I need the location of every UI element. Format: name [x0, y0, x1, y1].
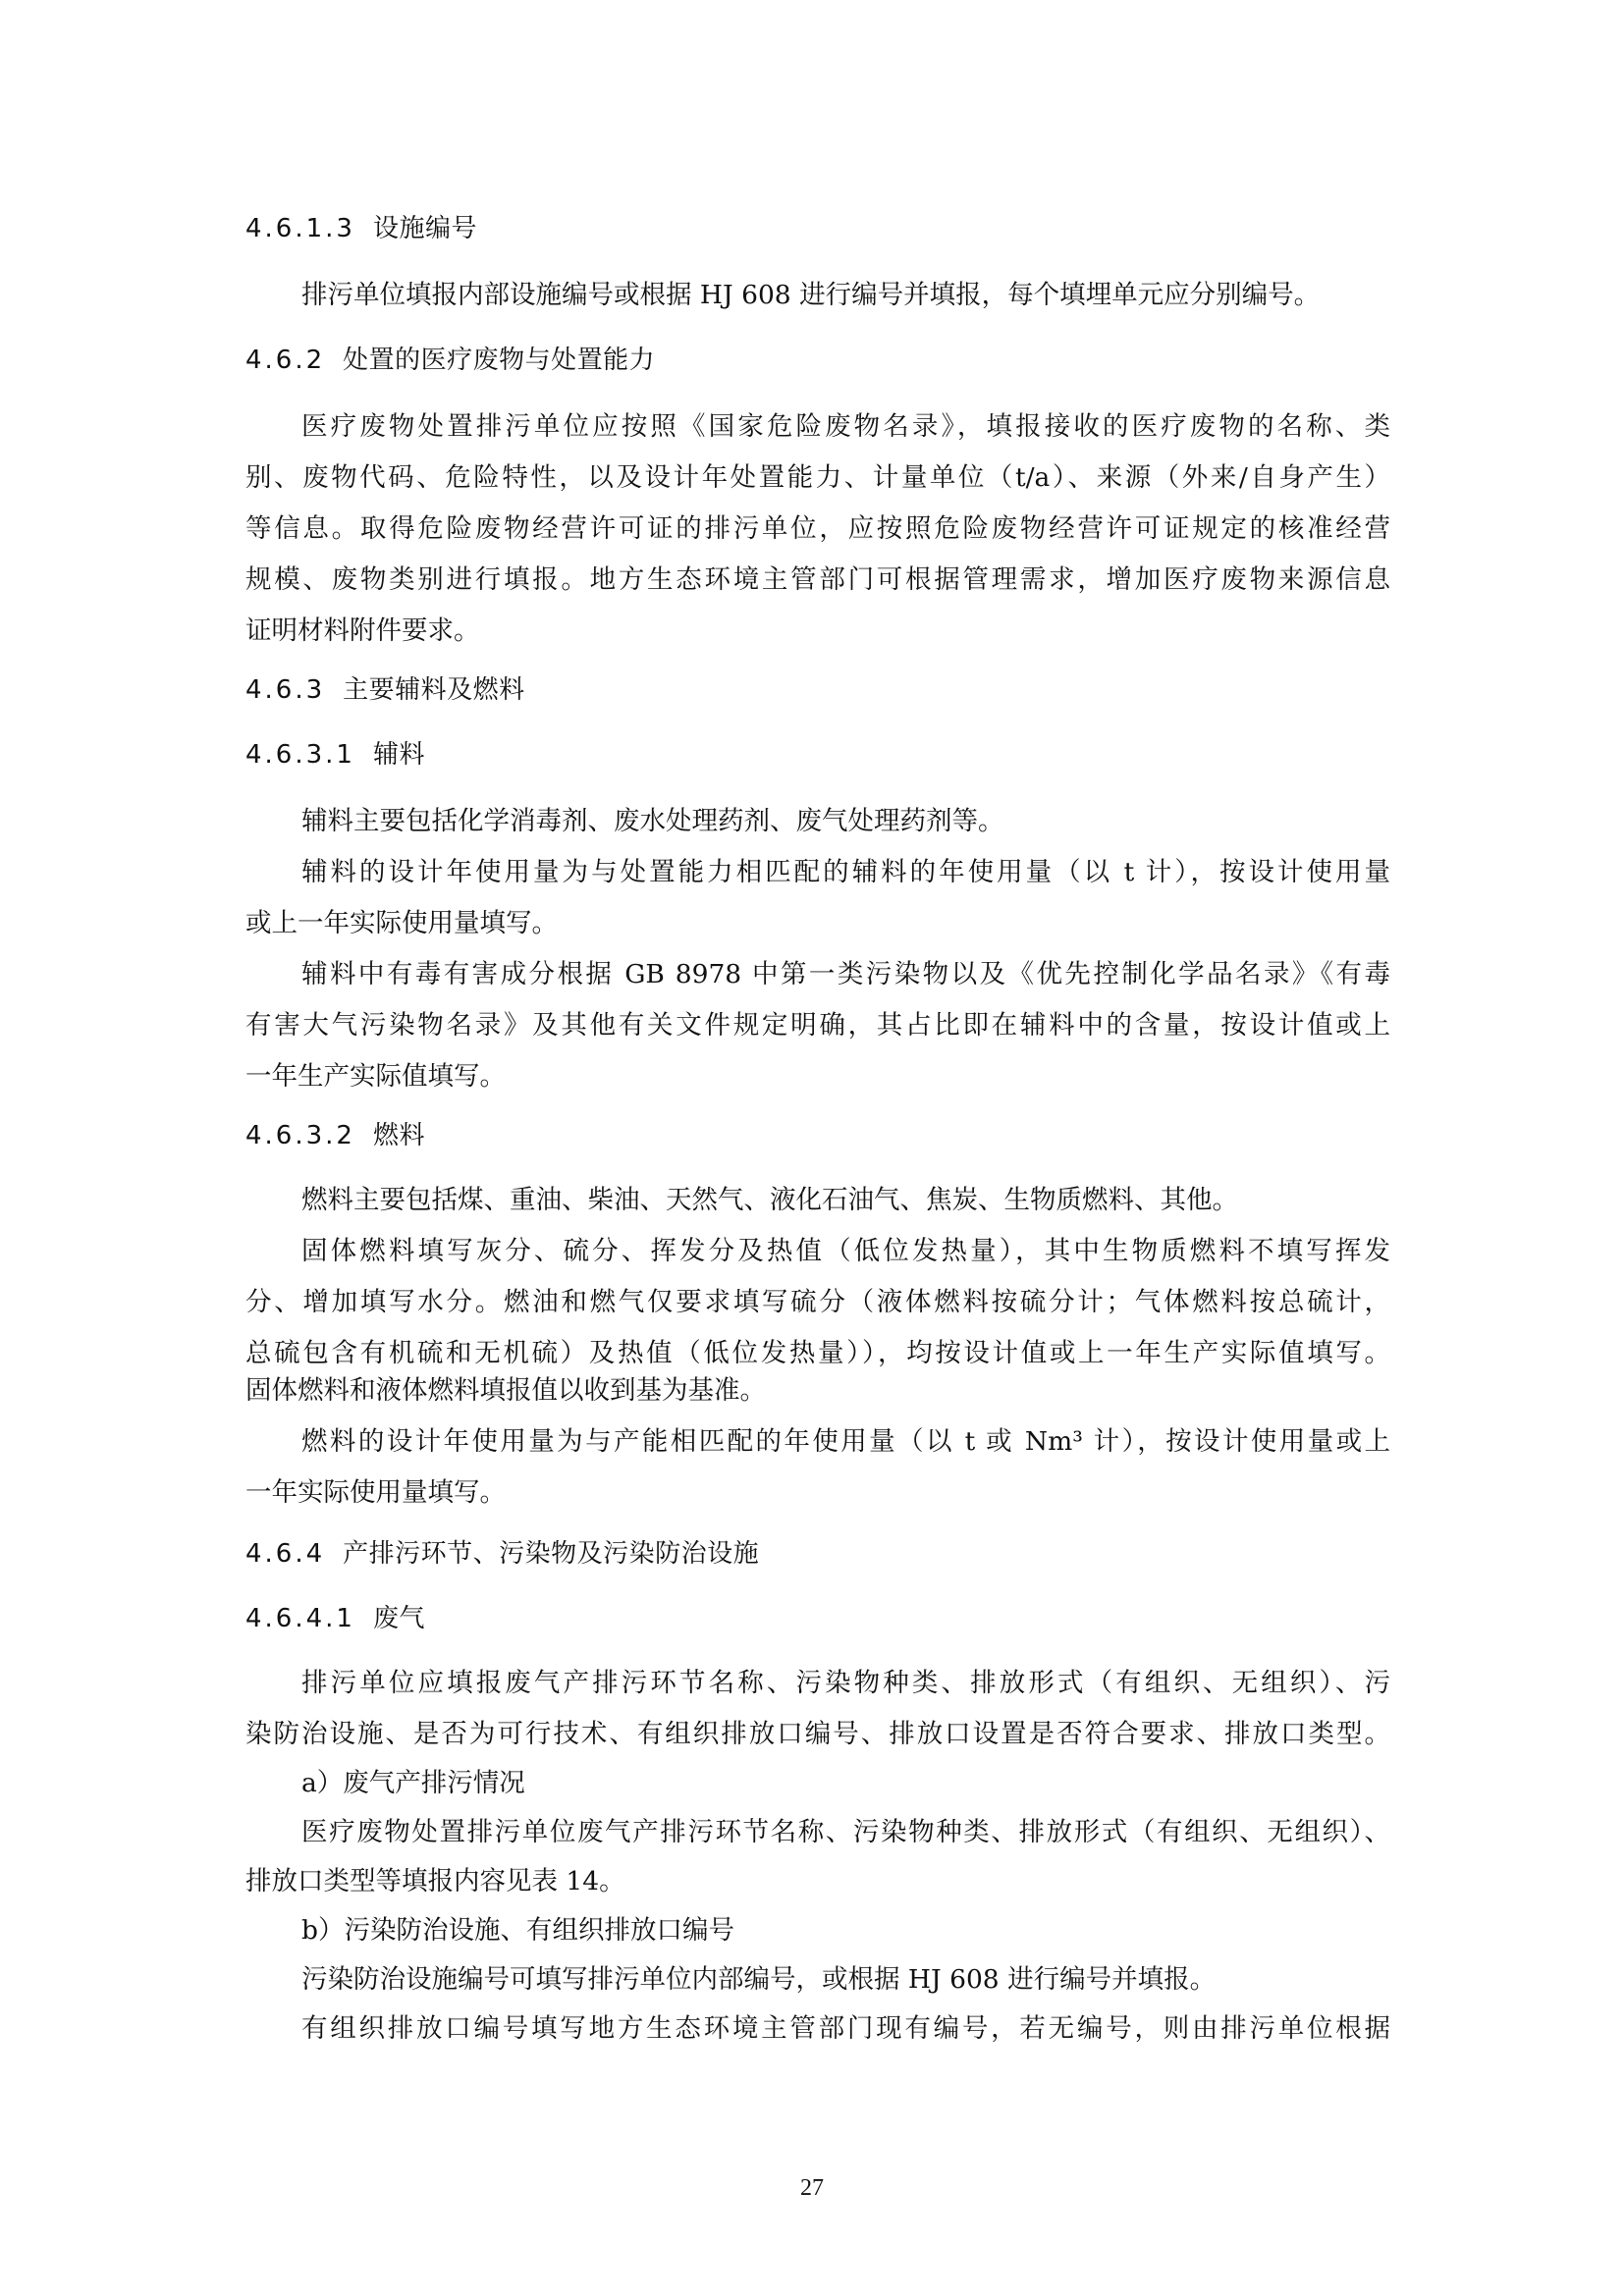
section-title: 设施编号: [373, 214, 477, 243]
paragraph-line: 有害大气污染物名录》及其他有关文件规定明确，其占比即在辅料中的含量，按设计值或上: [245, 1009, 1390, 1042]
section-heading-4-6-1-3: 4.6.1.3设施编号: [245, 212, 477, 245]
paragraph-line: 排放口类型等填报内容见表 14。: [245, 1865, 625, 1898]
section-title: 辅料: [373, 740, 425, 770]
paragraph-line: 等信息。取得危险废物经营许可证的排污单位，应按照危险废物经营许可证规定的核准经营: [245, 512, 1390, 546]
page-number: 27: [0, 2175, 1624, 2202]
paragraph-line: 燃料的设计年使用量为与产能相匹配的年使用量（以 t 或 Nm³ 计），按设计使用…: [301, 1425, 1390, 1459]
paragraph-line: 一年实际使用量填写。: [245, 1476, 506, 1510]
list-item-b: b）污染防治设施、有组织排放口编号: [301, 1914, 734, 1948]
section-title: 主要辅料及燃料: [343, 675, 525, 705]
paragraph-line: 排污单位填报内部设施编号或根据 HJ 608 进行编号并填报，每个填埋单元应分别…: [301, 279, 1320, 312]
section-heading-4-6-4-1: 4.6.4.1废气: [245, 1602, 425, 1635]
paragraph-line: 别、废物代码、危险特性，以及设计年处置能力、计量单位（t/a）、来源（外来/自身…: [245, 461, 1390, 495]
paragraph-line: 医疗废物处置排污单位应按照《国家危险废物名录》，填报接收的医疗废物的名称、类: [301, 410, 1390, 444]
paragraph-line: 污染防治设施编号可填写排污单位内部编号，或根据 HJ 608 进行编号并填报。: [301, 1963, 1216, 1997]
section-number: 4.6.1.3: [245, 212, 355, 245]
paragraph-line: 或上一年实际使用量填写。: [245, 907, 558, 940]
section-heading-4-6-3-2: 4.6.3.2燃料: [245, 1119, 425, 1152]
paragraph-line: 有组织排放口编号填写地方生态环境主管部门现有编号，若无编号，则由排污单位根据: [301, 2012, 1390, 2046]
section-title: 燃料: [373, 1121, 425, 1150]
paragraph-line: 一年生产实际值填写。: [245, 1060, 506, 1094]
section-number: 4.6.3.1: [245, 738, 355, 772]
paragraph-line: 分、增加填写水分。燃油和燃气仅要求填写硫分（液体燃料按硫分计；气体燃料按总硫计，: [245, 1286, 1390, 1319]
section-heading-4-6-2: 4.6.2处置的医疗废物与处置能力: [245, 344, 655, 377]
paragraph-line: 固体燃料填写灰分、硫分、挥发分及热值（低位发热量），其中生物质燃料不填写挥发: [301, 1235, 1390, 1268]
paragraph-line: 排污单位应填报废气产排污环节名称、污染物种类、排放形式（有组织、无组织）、污: [301, 1667, 1390, 1700]
paragraph-line: 证明材料附件要求。: [245, 614, 480, 648]
paragraph-line: 规模、废物类别进行填报。地方生态环境主管部门可根据管理需求，增加医疗废物来源信息: [245, 563, 1390, 597]
section-heading-4-6-4: 4.6.4产排污环节、污染物及污染防治设施: [245, 1537, 759, 1571]
section-number: 4.6.3: [245, 673, 325, 707]
section-title: 产排污环节、污染物及污染防治设施: [343, 1539, 759, 1569]
paragraph-line: 辅料主要包括化学消毒剂、废水处理药剂、废气处理药剂等。: [301, 805, 1004, 838]
section-title: 处置的医疗废物与处置能力: [343, 346, 655, 375]
paragraph-line: 燃料主要包括煤、重油、柴油、天然气、液化石油气、焦炭、生物质燃料、其他。: [301, 1184, 1238, 1217]
paragraph-line: 辅料的设计年使用量为与处置能力相匹配的辅料的年使用量（以 t 计），按设计使用量: [301, 856, 1390, 889]
paragraph-line: 染防治设施、是否为可行技术、有组织排放口编号、排放口设置是否符合要求、排放口类型…: [245, 1718, 1390, 1751]
section-title: 废气: [373, 1604, 425, 1633]
section-number: 4.6.4: [245, 1537, 325, 1571]
section-number: 4.6.3.2: [245, 1119, 355, 1152]
list-item-a: a）废气产排污情况: [301, 1767, 525, 1800]
paragraph-line: 辅料中有毒有害成分根据 GB 8978 中第一类污染物以及《优先控制化学品名录》…: [301, 958, 1390, 991]
paragraph-line: 医疗废物处置排污单位废气产排污环节名称、污染物种类、排放形式（有组织、无组织）、: [301, 1816, 1390, 1849]
section-number: 4.6.4.1: [245, 1602, 355, 1635]
paragraph-line: 总硫包含有机硫和无机硫）及热值（低位发热量）），均按设计值或上一年生产实际值填写…: [245, 1337, 1390, 1370]
paragraph-line: 固体燃料和液体燃料填报值以收到基为基准。: [245, 1374, 766, 1408]
section-number: 4.6.2: [245, 344, 325, 377]
section-heading-4-6-3: 4.6.3主要辅料及燃料: [245, 673, 525, 707]
section-heading-4-6-3-1: 4.6.3.1辅料: [245, 738, 425, 772]
